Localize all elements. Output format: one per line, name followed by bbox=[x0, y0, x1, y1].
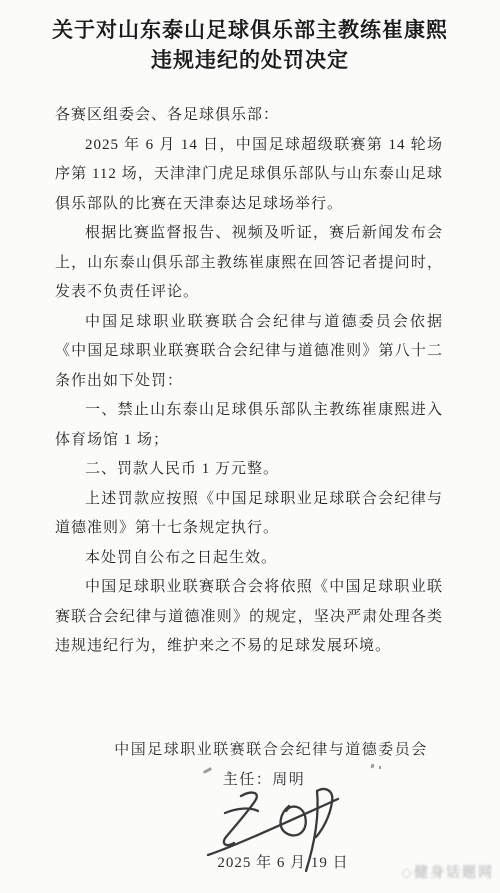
document-title-line1: 关于对山东泰山足球俱乐部主教练崔康熙 bbox=[52, 18, 448, 42]
paragraph-basis: 中国足球职业联赛联合会纪律与道德委员会依据《中国足球职业联赛联合会纪律与道德准则… bbox=[55, 308, 443, 397]
paragraph-incident: 根据比赛监督报告、视频及听证，赛后新闻发布会上，山东泰山俱乐部主教练崔康熙在回答… bbox=[55, 219, 443, 308]
paragraph-penalty-1: 一、禁止山东泰山足球俱乐部队主教练崔康熙进入体育场馆 1 场； bbox=[55, 396, 443, 455]
paragraph-effective-date: 本处罚自公布之日起生效。 bbox=[55, 544, 443, 574]
document-title: 关于对山东泰山足球俱乐部主教练崔康熙 违规违纪的处罚决定 bbox=[38, 0, 462, 75]
paragraph-closing-statement: 中国足球职业联赛联合会将依照《中国足球职业联赛联合会纪律与道德准则》的规定，坚决… bbox=[55, 573, 443, 662]
paragraph-penalty-2: 二、罚款人民币 1 万元整。 bbox=[55, 455, 443, 485]
salutation: 各赛区组委会、各足球俱乐部： bbox=[55, 101, 443, 131]
paragraph-match-info: 2025 年 6 月 14 日，中国足球超级联赛第 14 轮场序第 112 场，… bbox=[55, 131, 443, 220]
watermark: ◇健身话题网 bbox=[401, 862, 494, 882]
document-title-line2: 违规违纪的处罚决定 bbox=[151, 48, 349, 72]
document-body: 各赛区组委会、各足球俱乐部： 2025 年 6 月 14 日，中国足球超级联赛第… bbox=[55, 101, 443, 662]
stray-pen-mark bbox=[227, 772, 230, 775]
handwritten-signature bbox=[195, 782, 355, 877]
stray-pen-mark bbox=[379, 766, 381, 769]
paragraph-fine-execution: 上述罚款应按照《中国足球职业足球联合会纪律与道德准则》第十七条规定执行。 bbox=[55, 485, 443, 544]
signoff-organization: 中国足球职业联赛联合会纪律与道德委员会 bbox=[21, 738, 500, 759]
document-page: 关于对山东泰山足球俱乐部主教练崔康熙 违规违纪的处罚决定 各赛区组委会、各足球俱… bbox=[0, 0, 500, 893]
